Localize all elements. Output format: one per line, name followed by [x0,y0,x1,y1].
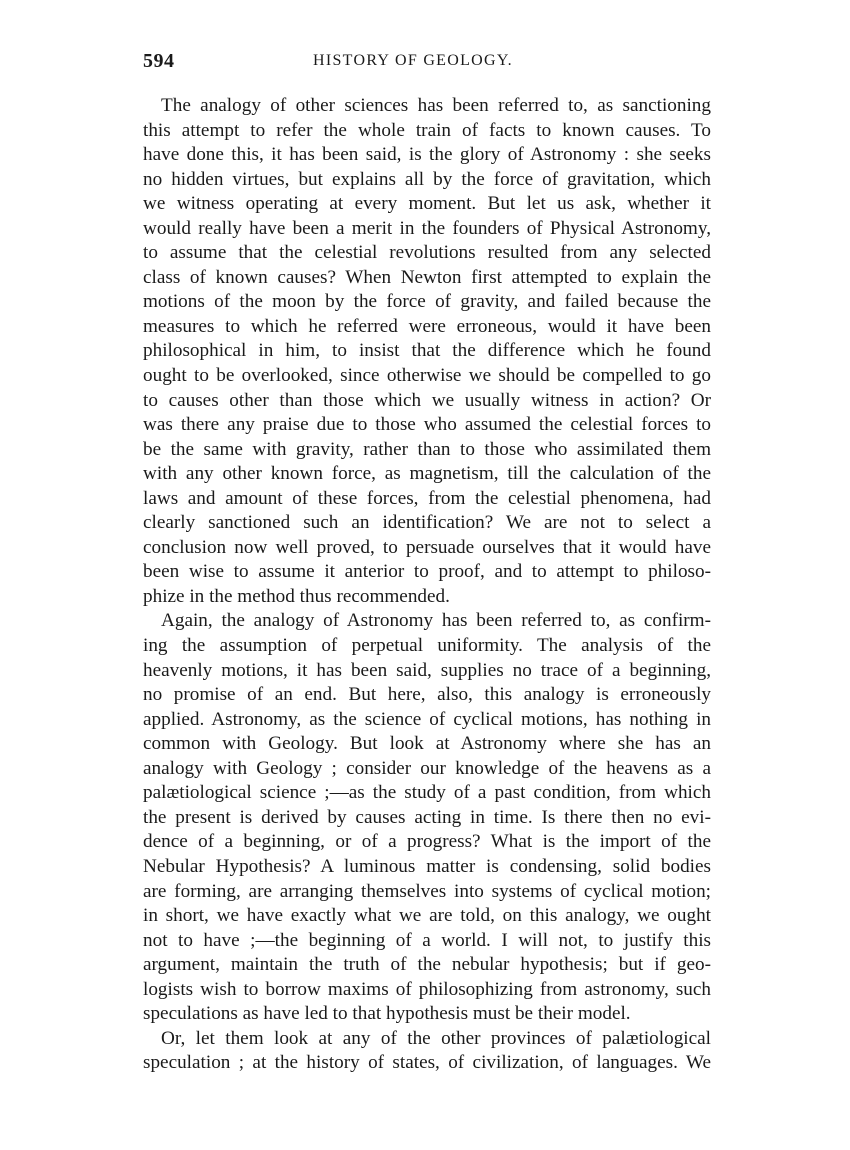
text-line: ing the assumption of perpetual uniformi… [143,634,711,659]
page-number: 594 [143,46,175,76]
text-line: no promise of an end. But here, also, th… [143,683,711,708]
text-line: argument, maintain the truth of the nebu… [143,953,711,978]
text-line: Again, the analogy of Astronomy has been… [143,609,711,634]
text-line: to causes other than those which we usua… [143,389,711,414]
text-line: logists wish to borrow maxims of philoso… [143,978,711,1003]
text-line: Nebular Hypothesis? A luminous matter is… [143,855,711,880]
text-line: phize in the method thus recommended. [143,585,711,610]
text-line: speculation ; at the history of states, … [143,1051,711,1076]
text-line: would really have been a merit in the fo… [143,217,711,242]
text-line: ought to be overlooked, since otherwise … [143,364,711,389]
running-head: 594 HISTORY OF GEOLOGY. [143,46,711,76]
text-line: applied. Astronomy, as the science of cy… [143,708,711,733]
text-line: common with Geology. But look at Astrono… [143,732,711,757]
text-line: dence of a beginning, or of a progress? … [143,830,711,855]
book-page: 594 HISTORY OF GEOLOGY. The analogy of o… [143,46,711,1076]
text-line: laws and amount of these forces, from th… [143,487,711,512]
text-line: no hidden virtues, but explains all by t… [143,168,711,193]
text-line: Or, let them look at any of the other pr… [143,1027,711,1052]
text-line: was there any praise due to those who as… [143,413,711,438]
text-line: philosophical in him, to insist that the… [143,339,711,364]
text-line: conclusion now well proved, to persuade … [143,536,711,561]
text-line: heavenly motions, it has been said, supp… [143,659,711,684]
text-line: the present is derived by causes acting … [143,806,711,831]
running-title: HISTORY OF GEOLOGY. [313,46,513,76]
text-line: in short, we have exactly what we are to… [143,904,711,929]
text-line: are forming, are arranging themselves in… [143,880,711,905]
text-line: The analogy of other sciences has been r… [143,94,711,119]
text-line: with any other known force, as magnetism… [143,462,711,487]
text-line: this attempt to refer the whole train of… [143,119,711,144]
paragraph-1: The analogy of other sciences has been r… [143,94,711,609]
text-line: class of known causes? When Newton first… [143,266,711,291]
paragraph-2: Again, the analogy of Astronomy has been… [143,609,711,1026]
text-line: measures to which he referred were erron… [143,315,711,340]
text-line: been wise to assume it anterior to proof… [143,560,711,585]
text-line: we witness operating at every moment. Bu… [143,192,711,217]
text-line: speculations as have led to that hypothe… [143,1002,711,1027]
text-line: palætiological science ;—as the study of… [143,781,711,806]
text-line: have done this, it has been said, is the… [143,143,711,168]
text-line: not to have ;—the beginning of a world. … [143,929,711,954]
body-text: The analogy of other sciences has been r… [143,94,711,1076]
text-line: to assume that the celestial revolutions… [143,241,711,266]
paragraph-3: Or, let them look at any of the other pr… [143,1027,711,1076]
text-line: clearly sanctioned such an identificatio… [143,511,711,536]
text-line: motions of the moon by the force of grav… [143,290,711,315]
text-line: analogy with Geology ; consider our know… [143,757,711,782]
text-line: be the same with gravity, rather than to… [143,438,711,463]
